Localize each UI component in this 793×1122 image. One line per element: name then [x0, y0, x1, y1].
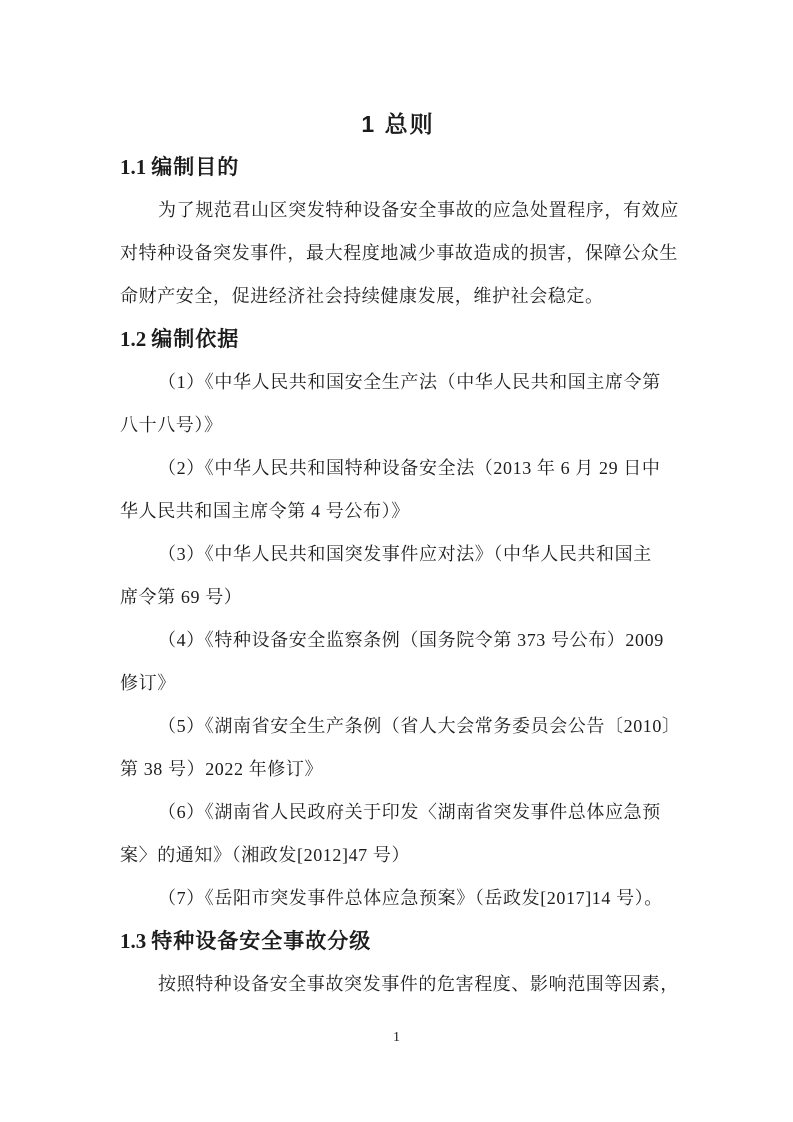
- page-number: 1: [0, 1030, 793, 1046]
- heading-number: 1.2: [120, 327, 146, 351]
- list-item-line: （4）《特种设备安全监察条例（国务院令第 373 号公布）2009: [120, 619, 676, 662]
- heading-text: 编制目的: [151, 156, 239, 179]
- heading-text: 特种设备安全事故分级: [151, 930, 371, 953]
- list-item-line: （6）《湖南省人民政府关于印发〈湖南省突发事件总体应急预: [120, 791, 676, 834]
- heading-text: 编制依据: [151, 328, 239, 351]
- paragraph-line: 命财产安全，促进经济社会持续健康发展，维护社会稳定。: [120, 275, 676, 318]
- document-page: 1 总则 1.1编制目的 为了规范君山区突发特种设备安全事故的应急处置程序，有效…: [0, 0, 793, 1122]
- list-item-line: （7）《岳阳市突发事件总体应急预案》（岳政发[2017]14 号）。: [120, 877, 676, 920]
- document-content: 1 总则 1.1编制目的 为了规范君山区突发特种设备安全事故的应急处置程序，有效…: [120, 103, 676, 1006]
- list-item-line: 第 38 号）2022 年修订》: [120, 748, 676, 791]
- paragraph-line: 对特种设备突发事件，最大程度地减少事故造成的损害，保障公众生: [120, 232, 676, 275]
- list-item-line: （1）《中华人民共和国安全生产法（中华人民共和国主席令第: [120, 361, 676, 404]
- heading-number: 1.1: [120, 155, 146, 179]
- section-heading-1-2: 1.2编制依据: [120, 318, 676, 361]
- list-item-line: （3）《中华人民共和国突发事件应对法》（中华人民共和国主: [120, 533, 676, 576]
- section-heading-1-1: 1.1编制目的: [120, 146, 676, 189]
- paragraph-line: 按照特种设备安全事故突发事件的危害程度、影响范围等因素，: [120, 963, 676, 1006]
- section-heading-1-3: 1.3特种设备安全事故分级: [120, 920, 676, 963]
- heading-number: 1.3: [120, 929, 146, 953]
- list-item-line: 修订》: [120, 662, 676, 705]
- paragraph-line: 为了规范君山区突发特种设备安全事故的应急处置程序，有效应: [120, 189, 676, 232]
- list-item-line: 八十八号）》: [120, 404, 676, 447]
- list-item-line: （2）《中华人民共和国特种设备安全法（2013 年 6 月 29 日中: [120, 447, 676, 490]
- list-item-line: 席令第 69 号）: [120, 576, 676, 619]
- document-title: 1 总则: [120, 103, 676, 146]
- list-item-line: 华人民共和国主席令第 4 号公布）》: [120, 490, 676, 533]
- list-item-line: （5）《湖南省安全生产条例（省人大会常务委员会公告〔2010〕: [120, 705, 676, 748]
- list-item-line: 案〉的通知》（湘政发[2012]47 号）: [120, 834, 676, 877]
